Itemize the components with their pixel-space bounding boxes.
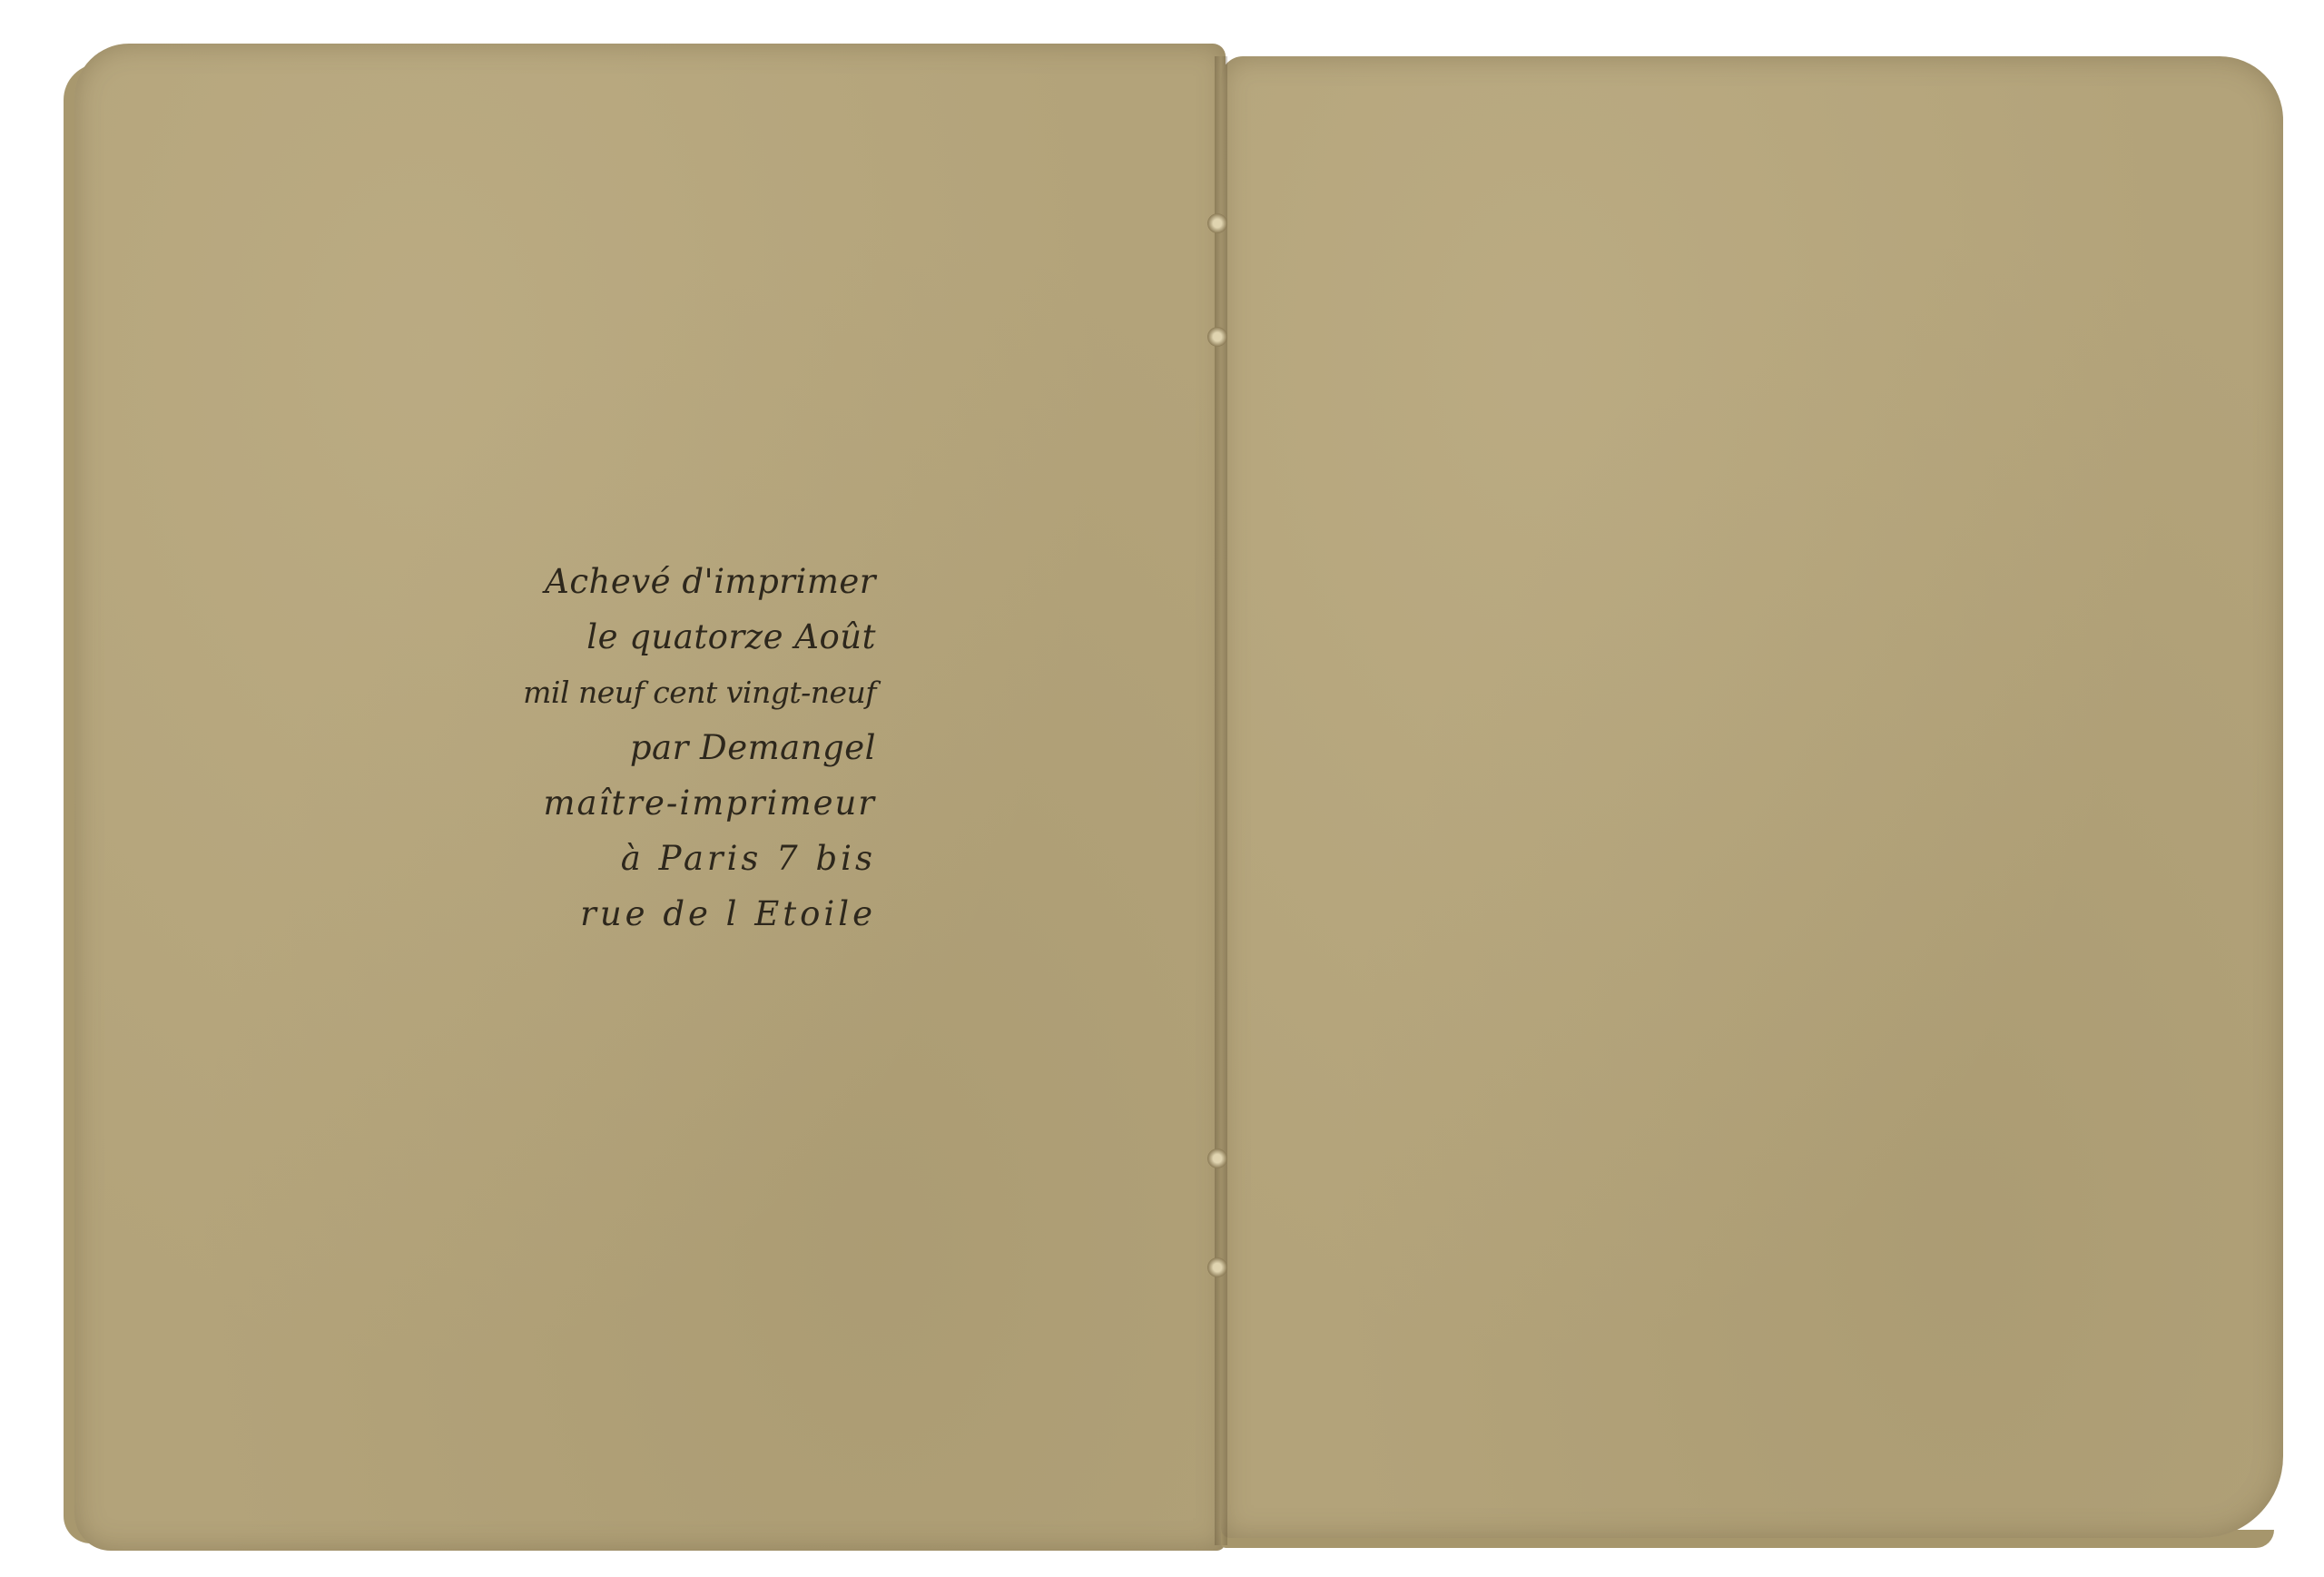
colophon-line: maître-imprimeur	[522, 775, 876, 831]
colophon-line: le quatorze Août	[522, 609, 876, 665]
colophon-text: Achevé d'imprimer le quatorze Août mil n…	[522, 554, 876, 941]
book-gutter	[1215, 56, 1227, 1545]
right-page-blank	[1221, 56, 2283, 1538]
colophon-line: Achevé d'imprimer	[522, 554, 876, 609]
binding-stitch-icon	[1207, 1148, 1227, 1168]
binding-stitch-icon	[1207, 1257, 1227, 1277]
binding-stitch-icon	[1207, 327, 1227, 347]
binding-stitch-icon	[1207, 213, 1227, 233]
colophon-line: par Demangel	[522, 720, 876, 775]
colophon-line: à Paris 7 bis	[522, 831, 876, 886]
colophon-line: rue de l Etoile	[522, 886, 876, 941]
colophon-line: mil neuf cent vingt-neuf	[522, 665, 876, 720]
open-book: Achevé d'imprimer le quatorze Août mil n…	[0, 0, 2324, 1577]
